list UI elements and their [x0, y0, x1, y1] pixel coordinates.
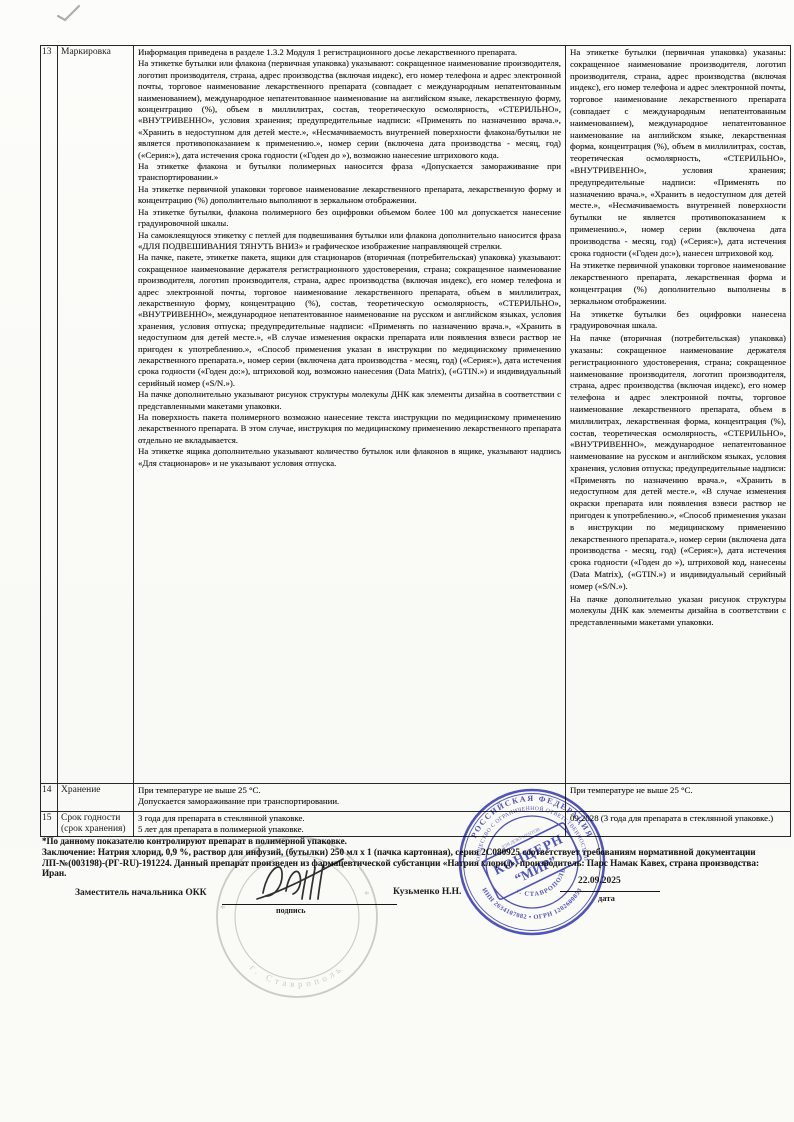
qc-stamp: г. Ставрополь * * — [212, 832, 382, 1002]
row-number: 15 — [41, 812, 58, 836]
paragraph: На поверхность пакета полимерного возмож… — [138, 412, 561, 446]
paragraph: На этикетке ящика дополнительно указываю… — [138, 446, 561, 469]
signer-role-label: Заместитель начальника ОКК — [75, 888, 207, 898]
conclusion-text: Заключение: Натрия хлорид, 0,9 %, раство… — [42, 847, 772, 879]
paragraph: На этикетке первичной упаковки торговое … — [570, 260, 786, 307]
qc-stamp-star-right: * — [364, 889, 370, 901]
paragraph: На этикетке первичной упаковки торговое … — [138, 184, 561, 207]
paragraph: На пачке (вторичная (потребительская) уп… — [570, 333, 786, 593]
results-cell: На этикетке бутылки (первичная упаковка)… — [566, 46, 790, 784]
scanned-document-page: 13 Маркировка Информация приведена в раз… — [0, 0, 794, 1122]
paragraph: На пачке дополнительно указывают рисунок… — [138, 389, 561, 412]
row-label: Хранение — [58, 784, 134, 812]
qc-stamp-city: г. Ставрополь — [248, 962, 346, 989]
paragraph: На этикетке бутылки (первичная упаковка)… — [570, 47, 786, 259]
qc-stamp-star-left: * — [220, 903, 226, 915]
specification-table: 13 Маркировка Информация приведена в раз… — [40, 45, 791, 837]
paragraph: Информация приведена в разделе 1.3.2 Мод… — [138, 47, 561, 58]
row-number: 13 — [41, 46, 58, 784]
scan-artifact-mark — [56, 4, 82, 22]
svg-text:г. Ставрополь: г. Ставрополь — [248, 962, 346, 989]
row-number: 14 — [41, 784, 58, 812]
requirements-cell: Информация приведена в разделе 1.3.2 Мод… — [134, 46, 566, 784]
company-stamp: РОССИЙСКАЯ ФЕДЕРАЦИЯ ОБЩЕСТВО С ОГРАНИЧЕ… — [457, 787, 607, 937]
paragraph: На этикетке флакона и бутылки полимерных… — [138, 161, 561, 184]
row-label: Срок годности (срок хранения) — [58, 812, 134, 836]
paragraph: На этикетке бутылки без оцифровки нанесе… — [570, 309, 786, 333]
paragraph: На этикетке бутылки или флакона (первичн… — [138, 58, 561, 161]
signer-name: Кузьменко Н.Н. — [393, 887, 461, 897]
paragraph: На этикетке бутылки, флакона полимерного… — [138, 207, 561, 230]
paragraph: На самоклеящуюся этикетку с петлей для п… — [138, 230, 561, 253]
row-label: Маркировка — [58, 46, 134, 784]
paragraph: На пачке дополнительно указан рисунок ст… — [570, 594, 786, 629]
paragraph: На пачке, пакете, этикетке пакета, ящики… — [138, 252, 561, 389]
